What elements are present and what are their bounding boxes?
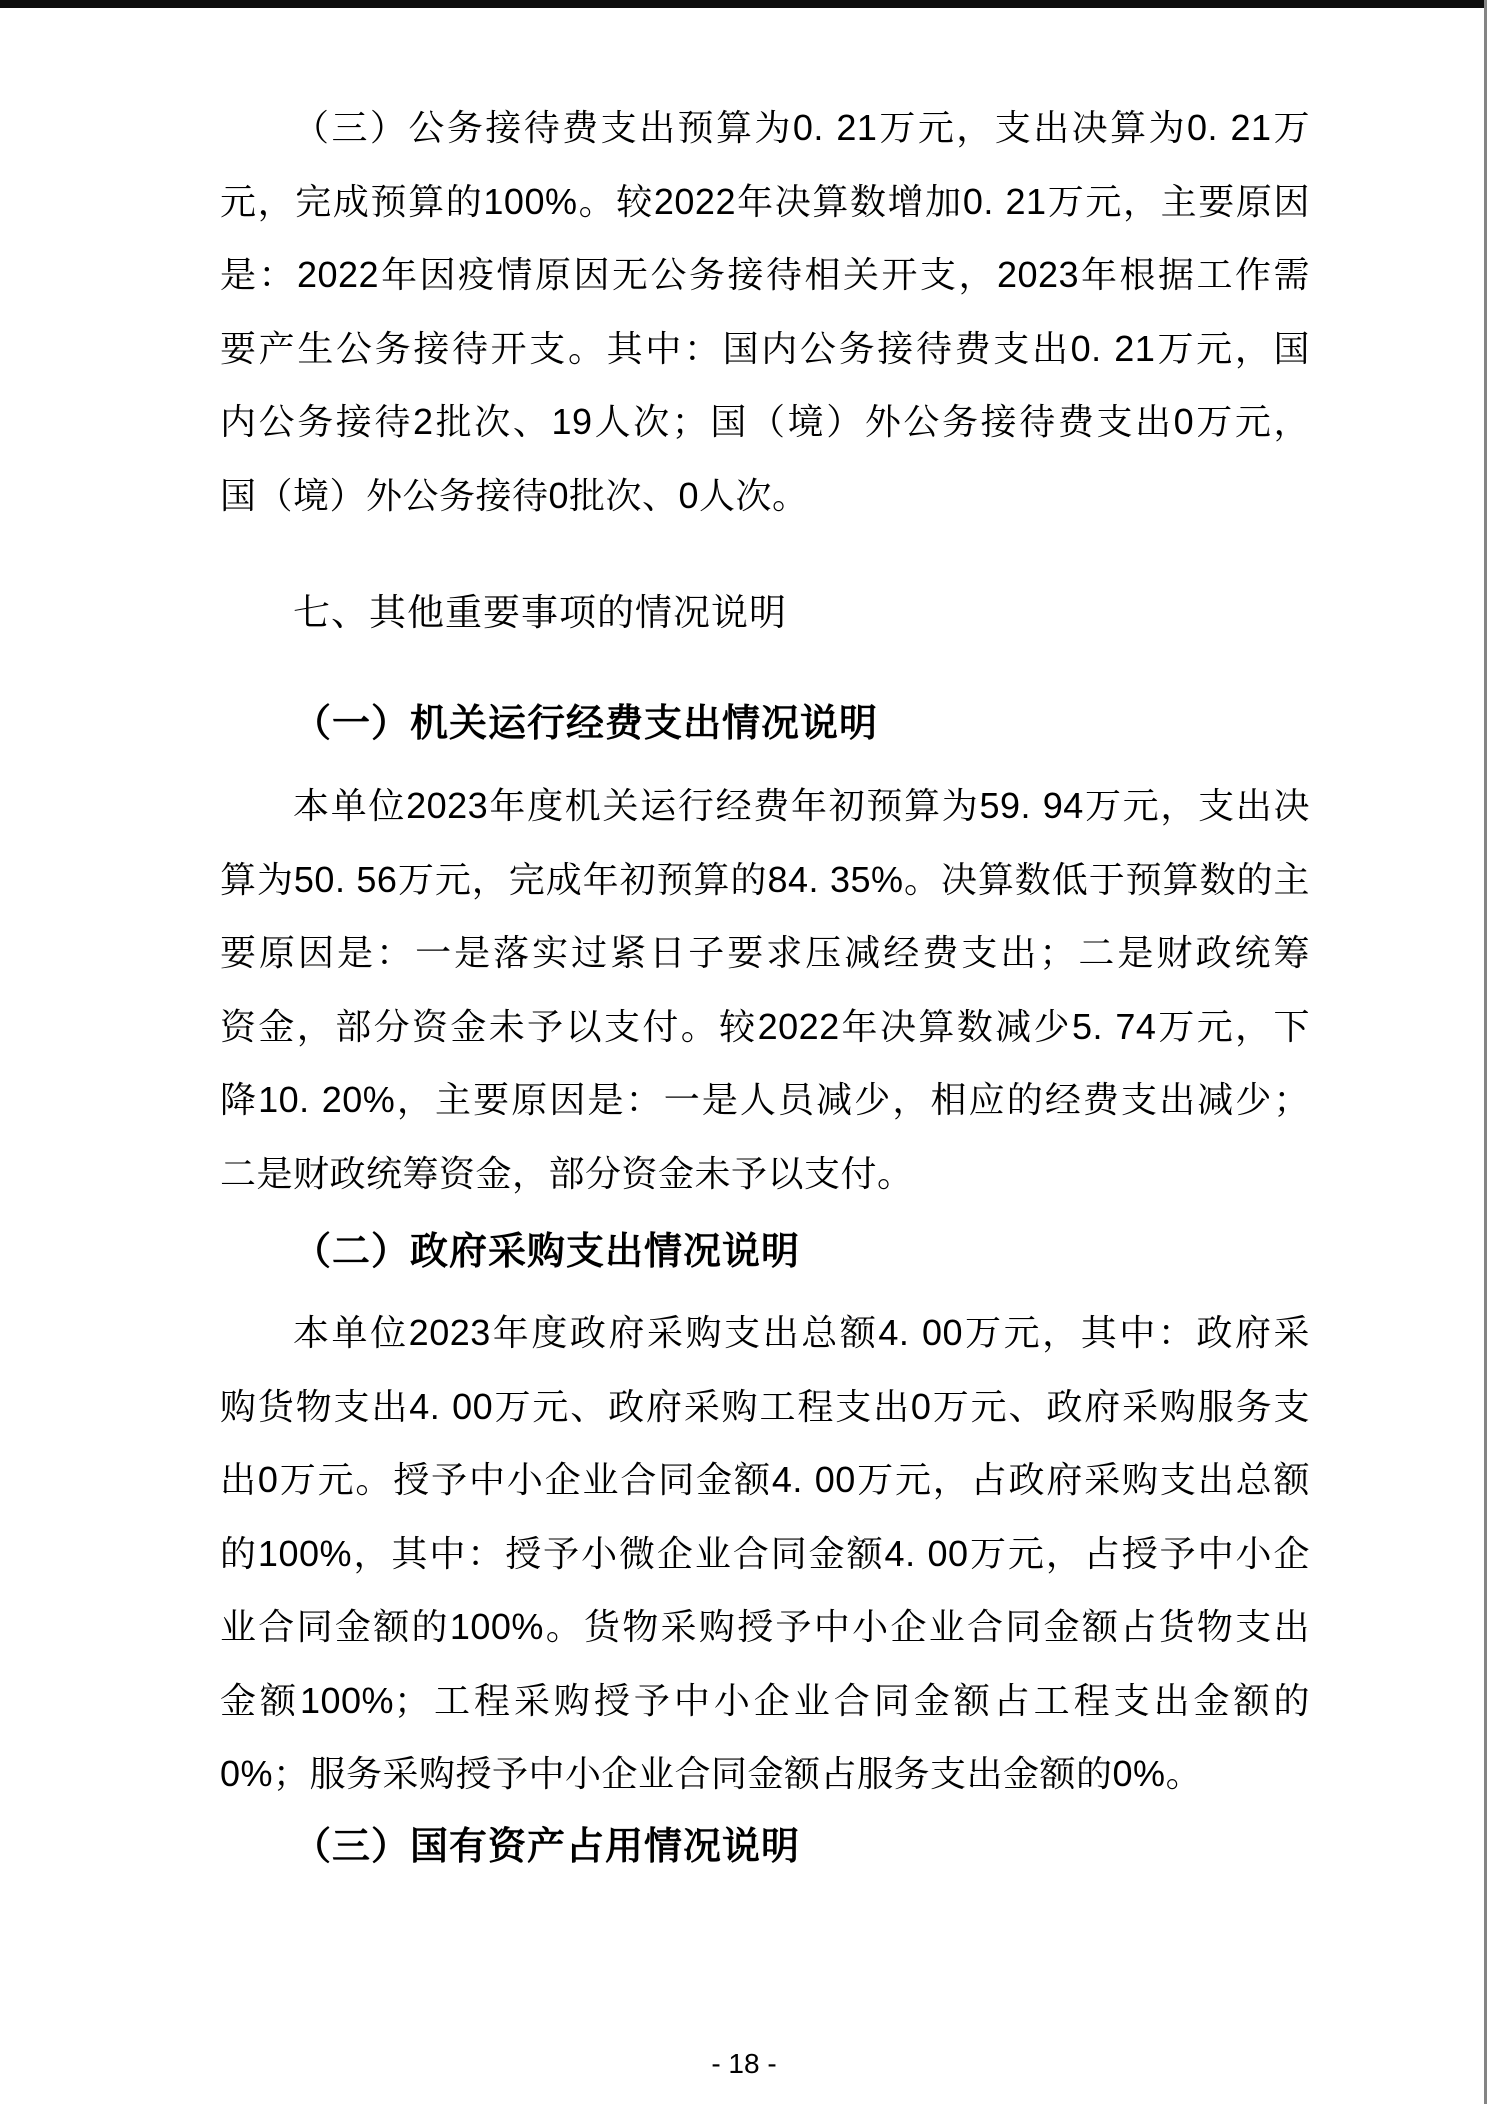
paragraph-line: 业合同金额的100%。货物采购授予中小企业合同金额占货物支出 [220, 1590, 1310, 1664]
paragraph-line: 要产生公务接待开支。其中：国内公务接待费支出0. 21万元，国 [220, 312, 1310, 386]
paragraph-line: 0%；服务采购授予中小企业合同金额占服务支出金额的0%。 [220, 1737, 1310, 1811]
paragraph-line: 内公务接待2批次、19人次；国（境）外公务接待费支出0万元， [220, 385, 1310, 459]
scan-right-border [1484, 0, 1487, 2104]
paragraph-line: 元，完成预算的100%。较2022年决算数增加0. 21万元，主要原因 [220, 165, 1310, 239]
paragraph-line: 是：2022年因疫情原因无公务接待相关开支，2023年根据工作需 [220, 238, 1310, 312]
scan-top-border [0, 0, 1484, 8]
paragraph-operating-funds: 本单位2023年度机关运行经费年初预算为59. 94万元，支出决 算为50. 5… [220, 769, 1310, 1210]
paragraph-line: 本单位2023年度机关运行经费年初预算为59. 94万元，支出决 [220, 769, 1310, 843]
paragraph-line: 资金，部分资金未予以支付。较2022年决算数减少5. 74万元，下 [220, 990, 1310, 1064]
subsection-heading-state-owned-assets: （三）国有资产占用情况说明 [220, 1811, 1383, 1885]
paragraph-line: 要原因是：一是落实过紧日子要求压减经费支出；二是财政统筹 [220, 916, 1310, 990]
paragraph-line: 国（境）外公务接待0批次、0人次。 [220, 459, 1310, 533]
subsection-heading-operating-funds: （一）机关运行经费支出情况说明 [220, 688, 1383, 762]
subsection-heading-government-procurement: （二）政府采购支出情况说明 [220, 1216, 1383, 1290]
page-number: - 18 - [0, 2044, 1488, 2084]
paragraph-line: 购货物支出4. 00万元、政府采购工程支出0万元、政府采购服务支 [220, 1370, 1310, 1444]
paragraph-line: 出0万元。授予中小企业合同金额4. 00万元，占政府采购支出总额 [220, 1443, 1310, 1517]
paragraph-government-procurement: 本单位2023年度政府采购支出总额4. 00万元，其中：政府采 购货物支出4. … [220, 1296, 1310, 1811]
paragraph-line: 算为50. 56万元，完成年初预算的84. 35%。决算数低于预算数的主 [220, 843, 1310, 917]
paragraph-line: 降10. 20%，主要原因是：一是人员减少，相应的经费支出减少； [220, 1063, 1310, 1137]
paragraph-line: 金额100%；工程采购授予中小企业合同金额占工程支出金额的 [220, 1664, 1310, 1738]
paragraph-line: 本单位2023年度政府采购支出总额4. 00万元，其中：政府采 [220, 1296, 1310, 1370]
paragraph-reception-expense: （三）公务接待费支出预算为0. 21万元，支出决算为0. 21万 元，完成预算的… [220, 91, 1310, 532]
document-page: （三）公务接待费支出预算为0. 21万元，支出决算为0. 21万 元，完成预算的… [0, 0, 1488, 2104]
paragraph-line: 的100%，其中：授予小微企业合同金额4. 00万元，占授予中小企 [220, 1517, 1310, 1591]
paragraph-line: （三）公务接待费支出预算为0. 21万元，支出决算为0. 21万 [220, 91, 1310, 165]
section-heading-other-important-matters: 七、其他重要事项的情况说明 [220, 576, 1383, 650]
paragraph-line: 二是财政统筹资金，部分资金未予以支付。 [220, 1137, 1310, 1211]
